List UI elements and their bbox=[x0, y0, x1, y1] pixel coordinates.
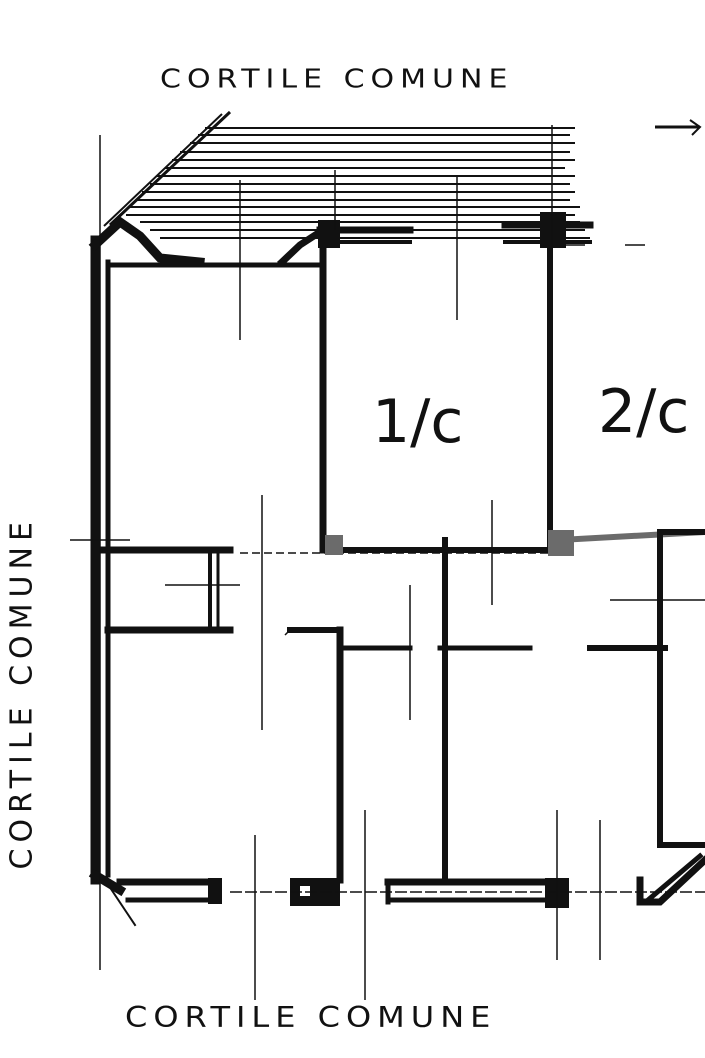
walls bbox=[95, 212, 705, 925]
floor-plan-drawing bbox=[0, 0, 705, 1058]
label-bottom-courtyard: CORTILE COMUNE bbox=[125, 1000, 496, 1034]
construction-lines bbox=[70, 120, 705, 1000]
hatched-courtyard-area bbox=[104, 112, 590, 238]
unit-label-2: 2/c bbox=[598, 382, 689, 442]
label-left-courtyard: CORTILE COMUNE bbox=[5, 310, 40, 870]
label-top-courtyard: CORTILE COMUNE bbox=[160, 65, 513, 95]
unit-label-1: 1/c bbox=[372, 392, 463, 452]
